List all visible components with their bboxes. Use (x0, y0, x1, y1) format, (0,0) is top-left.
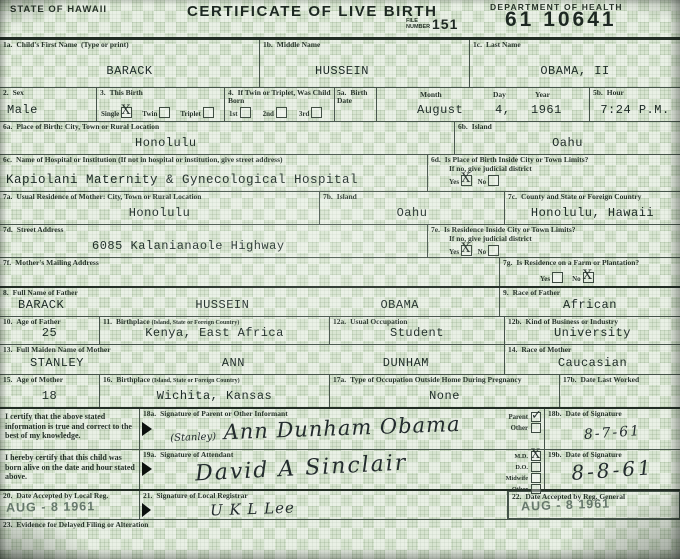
checkbox (531, 484, 541, 494)
option-other: Other (508, 423, 541, 433)
option-do: D.O. (506, 462, 541, 472)
birth-certificate-document: STATE OF HAWAII CERTIFICATE OF LIVE BIRT… (0, 0, 680, 559)
checkbox (531, 473, 541, 483)
checkbox (531, 423, 541, 433)
file-number-value: 151 (432, 16, 458, 32)
file-label: NUMBER (406, 24, 430, 30)
option-other: Other (506, 484, 541, 494)
checkbox: ✓ (531, 412, 541, 422)
form-border (0, 37, 680, 559)
option-midwife: Midwife (506, 473, 541, 483)
checkbox (531, 462, 541, 472)
certificate-number: 61 10641 (505, 8, 617, 32)
option-parent: Parent✓ (508, 412, 541, 422)
state-label: STATE OF HAWAII (10, 4, 107, 15)
checkbox: X (531, 451, 541, 461)
option-md: M.D.X (506, 451, 541, 461)
certificate-title: CERTIFICATE OF LIVE BIRTH (187, 3, 438, 20)
